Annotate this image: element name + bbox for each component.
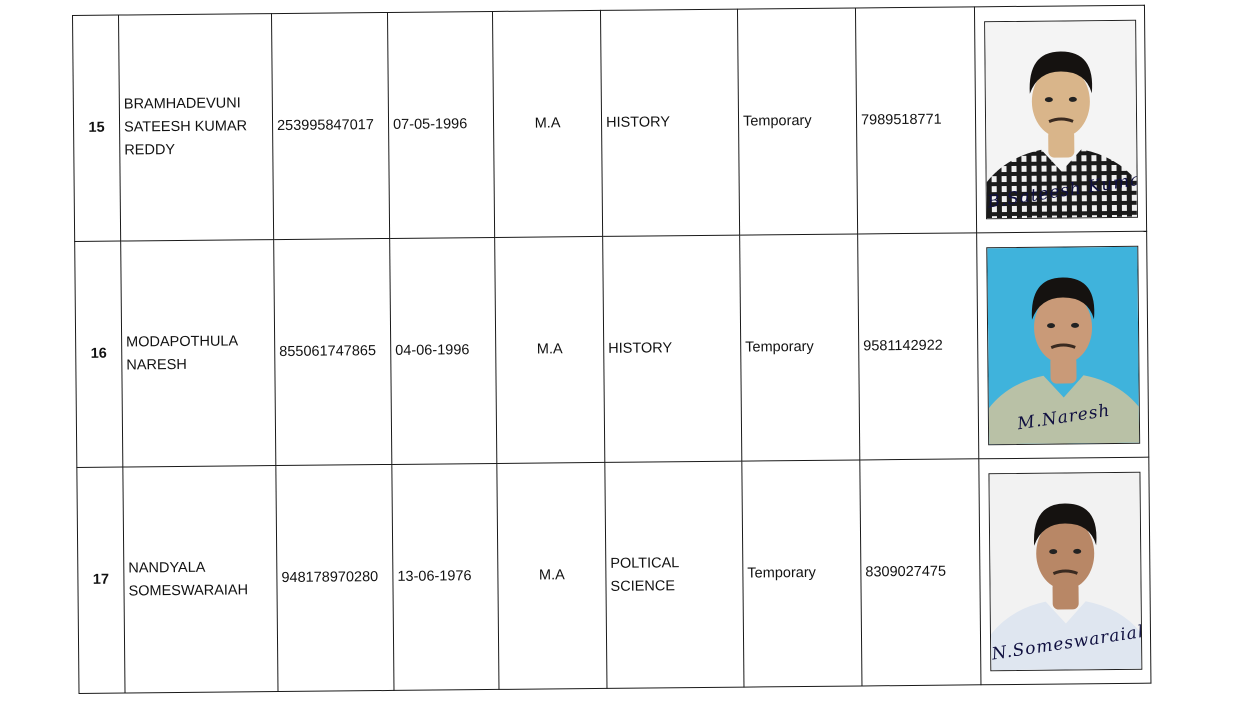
subject-cell: HISTORY	[603, 235, 742, 462]
status-cell: Temporary	[742, 460, 862, 687]
phone-number-cell: 9581142922	[858, 233, 979, 460]
portrait-photo-icon: N.Someswaraiah	[988, 471, 1142, 670]
phone-number-cell: 7989518771	[855, 7, 976, 234]
table-row: 17 NANDYALASOMESWARAIAH 948178970280 13-…	[77, 457, 1151, 693]
date-of-birth-cell: 04-06-1996	[390, 237, 497, 464]
date-of-birth-cell: 07-05-1996	[387, 11, 494, 238]
qualification-cell: M.A	[497, 462, 607, 689]
serial-number-cell: 17	[77, 467, 125, 693]
aadhaar-number-cell: 253995847017	[271, 12, 389, 239]
table-row: 16 MODAPOTHULANARESH 855061747865 04-06-…	[75, 231, 1149, 467]
subject-cell: POLTICAL SCIENCE	[605, 461, 744, 688]
serial-number-cell: 16	[75, 241, 123, 467]
name-cell: MODAPOTHULANARESH	[121, 240, 276, 467]
photo-cell: N.Someswaraiah	[979, 457, 1151, 685]
status-cell: Temporary	[740, 234, 860, 461]
qualification-cell: M.A	[492, 10, 602, 237]
qualification-cell: M.A	[495, 236, 605, 463]
status-cell: Temporary	[737, 8, 857, 235]
aadhaar-number-cell: 855061747865	[274, 238, 392, 465]
serial-number-cell: 15	[73, 15, 121, 241]
photo-cell: B.Sateesh Kumar	[974, 5, 1146, 233]
phone-number-cell: 8309027475	[860, 459, 981, 686]
portrait-photo-icon: B.Sateesh Kumar	[984, 19, 1138, 218]
subject-cell: HISTORY	[600, 9, 739, 236]
candidate-table: 15 BRAMHADEVUNISATEESH KUMARREDDY 253995…	[72, 5, 1151, 694]
table-row: 15 BRAMHADEVUNISATEESH KUMARREDDY 253995…	[73, 5, 1147, 241]
date-of-birth-cell: 13-06-1976	[392, 463, 499, 690]
portrait-photo-icon: M.Naresh	[986, 245, 1140, 444]
aadhaar-number-cell: 948178970280	[276, 464, 394, 691]
scanned-document-page: 15 BRAMHADEVUNISATEESH KUMARREDDY 253995…	[72, 5, 1151, 700]
name-cell: BRAMHADEVUNISATEESH KUMARREDDY	[119, 14, 274, 241]
name-cell: NANDYALASOMESWARAIAH	[123, 466, 278, 693]
photo-cell: M.Naresh	[977, 231, 1149, 459]
